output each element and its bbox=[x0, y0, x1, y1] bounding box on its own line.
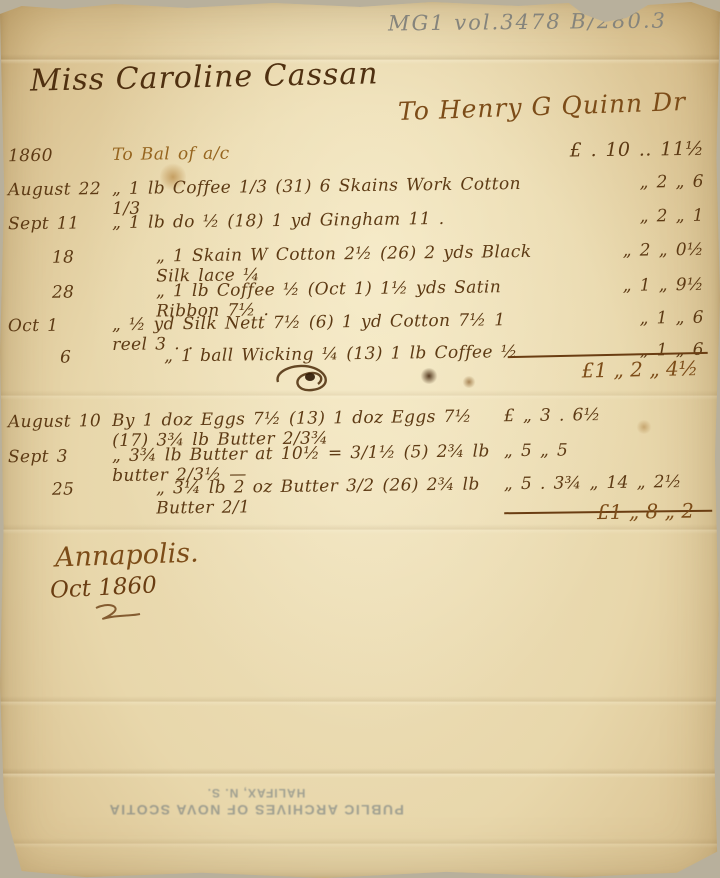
row-description: „ 1 lb do ½ (18) 1 yd Gingham 11 . bbox=[112, 208, 546, 233]
ledger-row-balance: 1860 To Bal of a/c £ . 10 .. 11½ bbox=[8, 138, 712, 169]
creditor-line: To Henry G Quinn Dr bbox=[398, 87, 687, 126]
row-date: Sept 11 bbox=[8, 213, 112, 234]
row-amount: £ . 10 .. 11½ bbox=[546, 138, 712, 162]
scanned-document: MG1 vol.3478 B/280.3 Miss Caroline Cassa… bbox=[0, 0, 720, 878]
footer-flourish-icon bbox=[86, 602, 146, 624]
fold-crease bbox=[0, 524, 720, 534]
fold-crease bbox=[0, 696, 720, 706]
ink-blot bbox=[420, 368, 438, 384]
row-description: „ 3¼ lb 2 oz Butter 3/2 (26) 2¾ lb Butte… bbox=[156, 474, 504, 518]
stamp-line1: PUBLIC ARCHIVES OF NOVA SCOTIA bbox=[88, 802, 424, 818]
row-description: To Bal of a/c bbox=[112, 140, 546, 167]
flourish-swirl-icon bbox=[272, 360, 342, 394]
fold-crease bbox=[0, 390, 720, 400]
ink-blot bbox=[462, 376, 476, 388]
archive-stamp: PUBLIC ARCHIVES OF NOVA SCOTIA HALIFAX, … bbox=[88, 786, 424, 818]
row-amount: „ 2 „ 1 bbox=[546, 206, 712, 228]
paper-sheet: MG1 vol.3478 B/280.3 Miss Caroline Cassa… bbox=[0, 0, 720, 878]
fold-crease bbox=[0, 838, 720, 848]
debit-total: £1 „ 2 „ 4½ bbox=[508, 352, 709, 384]
stamp-line2: HALIFAX, N. S. bbox=[88, 786, 424, 800]
row-description: „ 1 ball Wicking ¼ (13) 1 lb Coffee ½ bbox=[164, 342, 546, 367]
row-date: 25 bbox=[8, 478, 156, 520]
fold-crease bbox=[0, 768, 720, 778]
credit-total: £1 „ 8 „ 2 bbox=[514, 498, 700, 525]
row-date: 1860 bbox=[8, 145, 112, 168]
row-date: 6 bbox=[8, 346, 164, 368]
document-date: Oct 1860 bbox=[49, 572, 157, 604]
place-name: Annapolis. bbox=[55, 538, 200, 574]
archival-reference-note: MG1 vol.3478 B/280.3 bbox=[388, 9, 667, 36]
addressee-name: Miss Caroline Cassan bbox=[30, 56, 379, 98]
